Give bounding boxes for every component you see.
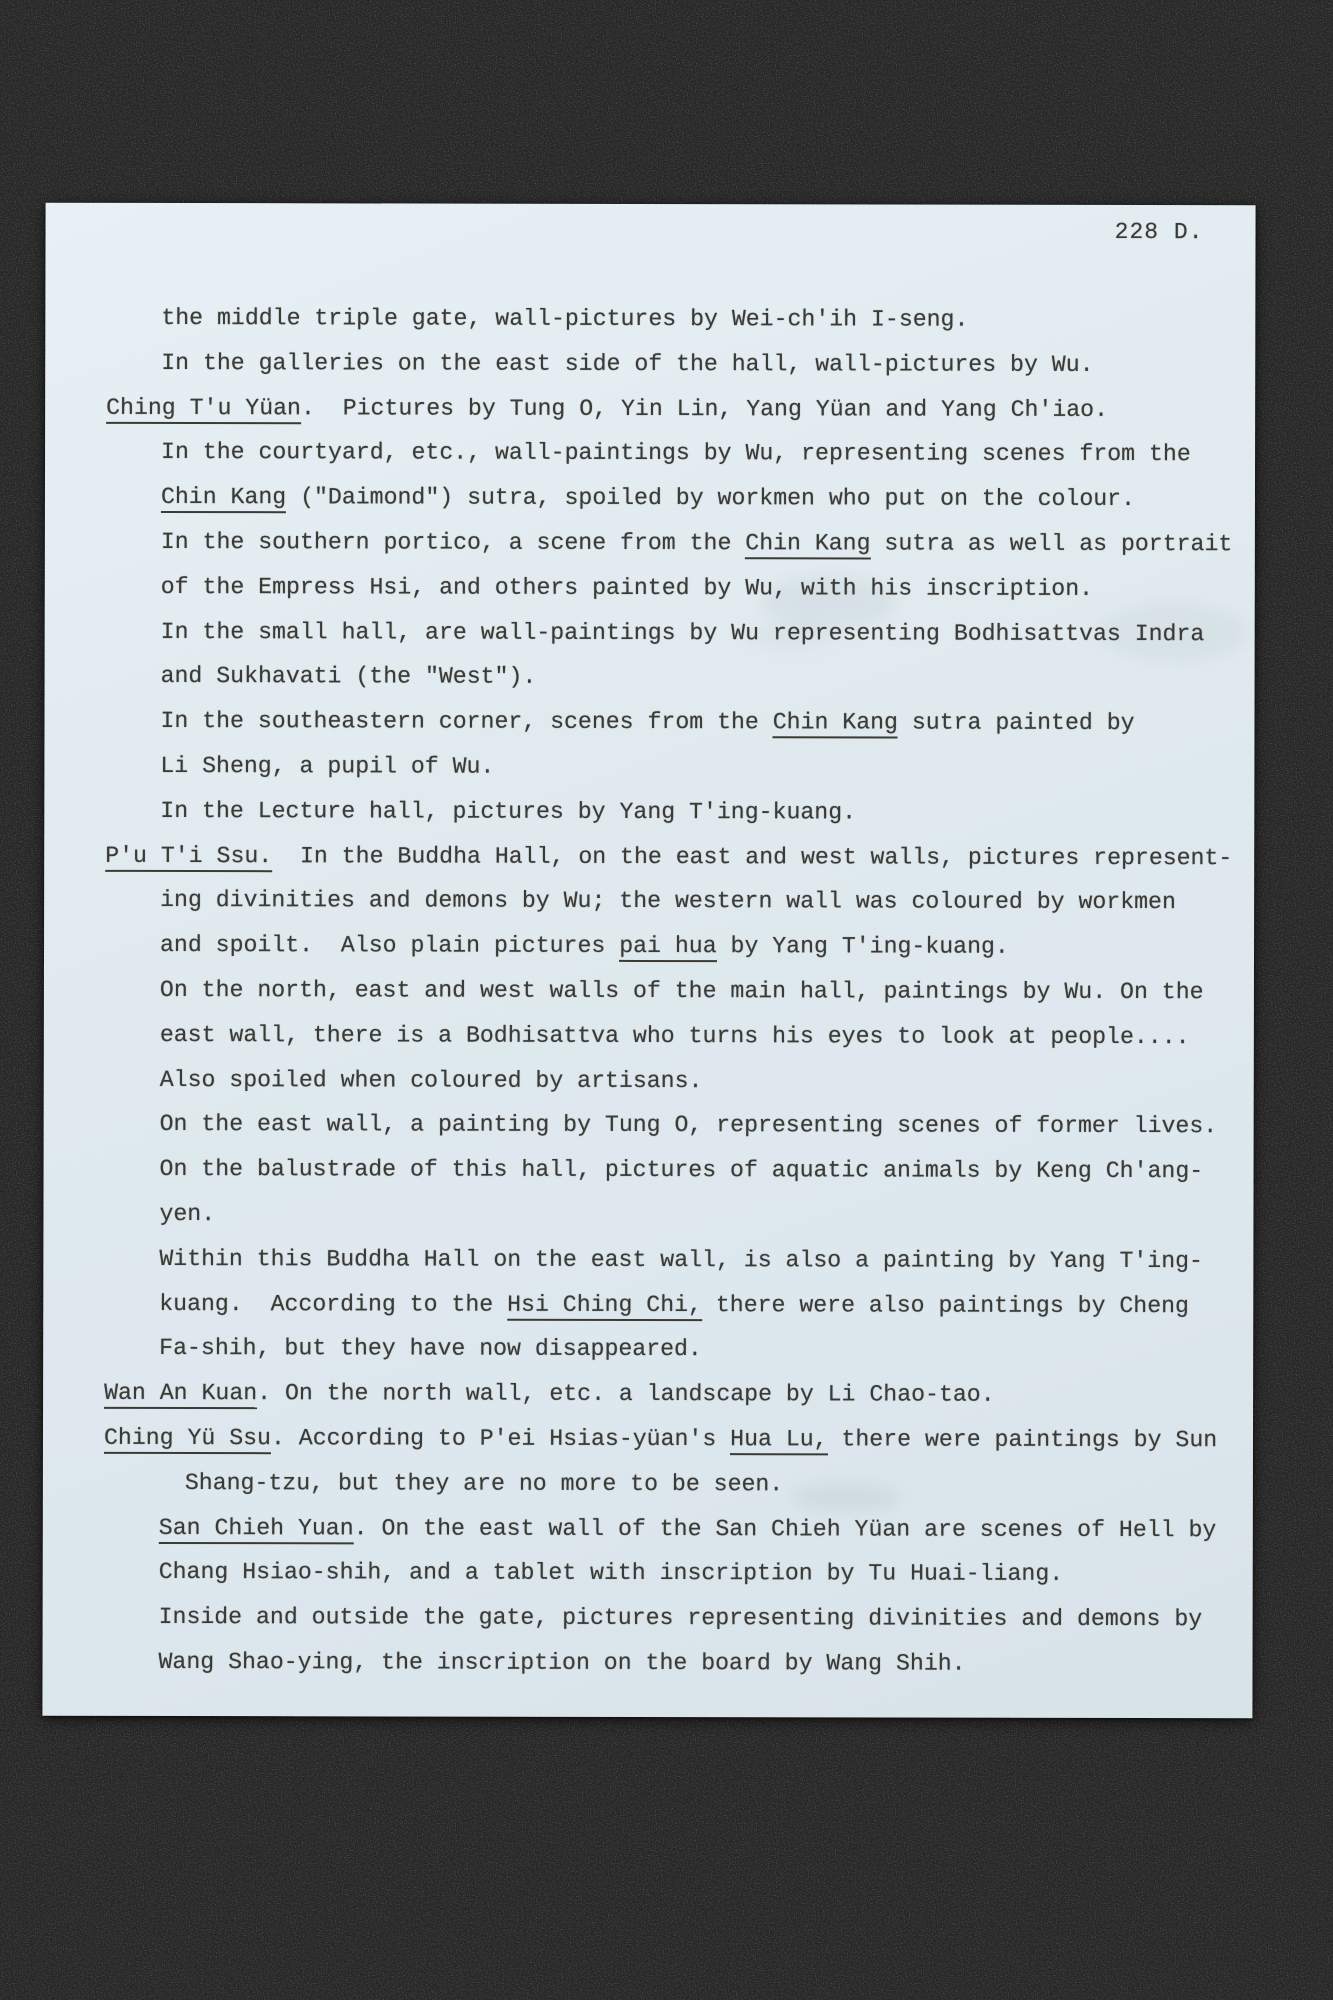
text-segment: In the courtyard, etc., wall-paintings b… — [161, 439, 1191, 467]
text-segment: Also spoiled when coloured by artisans. — [160, 1067, 703, 1094]
text-line: Within this Buddha Hall on the east wall… — [43, 1236, 1253, 1283]
underlined-term: Hsi Ching Chi, — [507, 1291, 702, 1320]
text-segment: Fa-shih, but they have now disappeared. — [159, 1335, 702, 1362]
text-segment: Within this Buddha Hall on the east wall… — [159, 1246, 1203, 1274]
text-segment: there were also paintings by Cheng — [702, 1292, 1189, 1319]
text-segment: ("Daimond") sutra, spoiled by workmen wh… — [286, 484, 1135, 512]
text-segment: Shang-tzu, but they are no more to be se… — [185, 1470, 783, 1497]
text-segment: On the north, east and west walls of the… — [160, 977, 1204, 1005]
underlined-term: Wan An Kuan — [104, 1380, 257, 1409]
text-line: On the east wall, a painting by Tung O, … — [44, 1102, 1254, 1149]
text-line: the middle triple gate, wall-pictures by… — [45, 296, 1255, 343]
text-line: Shang-tzu, but they are no more to be se… — [43, 1460, 1253, 1507]
text-line: Also spoiled when coloured by artisans. — [44, 1057, 1254, 1104]
text-segment: ing divinities and demons by Wu; the wes… — [160, 887, 1176, 915]
document-page: 228 D. the middle triple gate, wall-pict… — [42, 203, 1255, 1719]
text-segment: On the east wall, a painting by Tung O, … — [160, 1111, 1218, 1139]
text-line: yen. — [43, 1192, 1253, 1239]
text-segment: there were paintings by Sun — [828, 1426, 1218, 1453]
text-segment: In the Buddha Hall, on the east and west… — [272, 843, 1232, 871]
text-segment: Li Sheng, a pupil of Wu. — [160, 753, 494, 780]
underlined-term: Hua Lu, — [730, 1426, 827, 1455]
text-segment: yen. — [159, 1201, 215, 1227]
text-line: In the small hall, are wall-paintings by… — [45, 609, 1255, 656]
text-line: In the southeastern corner, scenes from … — [44, 699, 1254, 746]
underlined-term: Ching Yü Ssu — [104, 1425, 271, 1454]
underlined-term: Chin Kang — [745, 530, 870, 559]
text-line: Inside and outside the gate, pictures re… — [43, 1595, 1253, 1642]
text-line: In the Lecture hall, pictures by Yang T'… — [44, 788, 1254, 835]
text-segment: In the small hall, are wall-paintings by… — [161, 619, 1205, 647]
text-segment: In the southeastern corner, scenes from … — [160, 708, 772, 735]
text-line: Wan An Kuan. On the north wall, etc. a l… — [43, 1371, 1253, 1418]
text-segment: Inside and outside the gate, pictures re… — [159, 1604, 1203, 1632]
text-line: Chin Kang ("Daimond") sutra, spoiled by … — [45, 475, 1255, 522]
text-segment: . On the north wall, etc. a landscape by… — [257, 1380, 995, 1408]
text-line: of the Empress Hsi, and others painted b… — [45, 565, 1255, 612]
photo-background: 228 D. the middle triple gate, wall-pict… — [0, 0, 1333, 2000]
page-number: 228 D. — [1115, 219, 1204, 245]
text-line: ing divinities and demons by Wu; the wes… — [44, 878, 1254, 925]
text-segment: In the Lecture hall, pictures by Yang T'… — [160, 798, 856, 825]
underlined-term: pai hua — [619, 933, 716, 962]
underlined-term: Ching T'u Yüan — [106, 394, 301, 423]
text-line: kuang. According to the Hsi Ching Chi, t… — [43, 1281, 1253, 1328]
text-segment: and spoilt. Also plain pictures — [160, 932, 619, 959]
text-line: On the balustrade of this hall, pictures… — [44, 1147, 1254, 1194]
text-segment: Chang Hsiao-shih, and a tablet with insc… — [159, 1559, 1064, 1587]
text-segment: . On the east wall of the San Chieh Yüan… — [354, 1515, 1217, 1543]
text-line: Fa-shih, but they have now disappeared. — [43, 1326, 1253, 1373]
text-line: and spoilt. Also plain pictures pai hua … — [44, 923, 1254, 970]
text-line: Li Sheng, a pupil of Wu. — [44, 744, 1254, 791]
text-line: San Chieh Yuan. On the east wall of the … — [43, 1505, 1253, 1552]
text-line: east wall, there is a Bodhisattva who tu… — [44, 1012, 1254, 1059]
text-segment: east wall, there is a Bodhisattva who tu… — [160, 1022, 1190, 1050]
text-line: Chang Hsiao-shih, and a tablet with insc… — [43, 1550, 1253, 1597]
underlined-term: San Chieh Yuan — [159, 1514, 354, 1543]
text-line: P'u T'i Ssu. In the Buddha Hall, on the … — [44, 833, 1254, 880]
text-line: On the north, east and west walls of the… — [44, 968, 1254, 1015]
text-line: Ching T'u Yüan. Pictures by Tung O, Yin … — [45, 385, 1255, 432]
text-segment: In the southern portico, a scene from th… — [161, 529, 745, 556]
text-segment: . According to P'ei Hsias-yüan's — [271, 1425, 730, 1452]
text-segment: kuang. According to the — [159, 1291, 507, 1318]
text-segment: the middle triple gate, wall-pictures by… — [161, 305, 968, 333]
text-segment: Wang Shao-ying, the inscription on the b… — [159, 1649, 966, 1677]
text-segment: In the galleries on the east side of the… — [161, 350, 1093, 378]
text-line: and Sukhavati (the "West"). — [45, 654, 1255, 701]
text-segment: On the balustrade of this hall, pictures… — [160, 1156, 1204, 1184]
text-line: In the galleries on the east side of the… — [45, 341, 1255, 388]
text-segment: of the Empress Hsi, and others painted b… — [161, 574, 1093, 602]
underlined-term: Chin Kang — [773, 709, 898, 738]
text-line: Ching Yü Ssu. According to P'ei Hsias-yü… — [43, 1416, 1253, 1463]
text-segment: by Yang T'ing-kuang. — [717, 933, 1009, 960]
text-segment: sutra painted by — [898, 710, 1135, 736]
text-line: In the southern portico, a scene from th… — [45, 520, 1255, 567]
text-line: Wang Shao-ying, the inscription on the b… — [42, 1640, 1252, 1687]
underlined-term: P'u T'i Ssu. — [105, 842, 272, 871]
text-segment: sutra as well as portrait — [871, 530, 1233, 557]
text-segment: . Pictures by Tung O, Yin Lin, Yang Yüan… — [301, 395, 1108, 423]
text-line: In the courtyard, etc., wall-paintings b… — [45, 430, 1255, 477]
underlined-term: Chin Kang — [161, 484, 286, 513]
document-text: the middle triple gate, wall-pictures by… — [42, 296, 1255, 1687]
text-segment: and Sukhavati (the "West"). — [161, 663, 537, 690]
